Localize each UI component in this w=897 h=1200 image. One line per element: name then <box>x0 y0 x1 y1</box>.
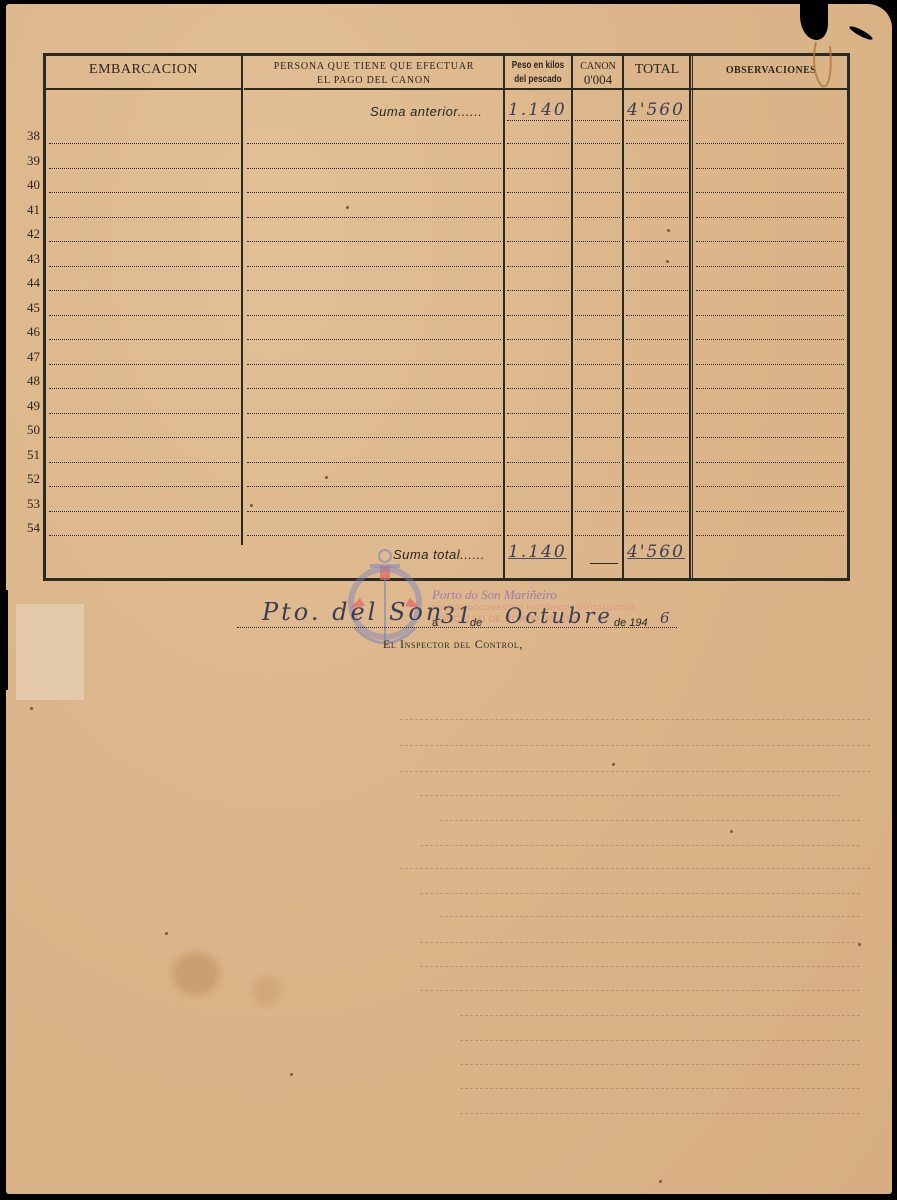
row-entry-line[interactable] <box>626 388 688 389</box>
row-entry-line[interactable] <box>247 339 501 340</box>
row-entry-line[interactable] <box>49 217 239 218</box>
row-entry-line[interactable] <box>696 388 844 389</box>
row-entry-line[interactable] <box>626 413 688 414</box>
header-canon-rate: 0'004 <box>573 73 623 86</box>
header-persona-line1: PERSONA QUE TIENE QUE EFECTUAR <box>244 60 504 74</box>
suma-anterior-total-line <box>626 120 688 121</box>
row-number: 44 <box>14 275 40 291</box>
row-entry-line[interactable] <box>507 486 569 487</box>
row-entry-line[interactable] <box>575 339 620 340</box>
row-entry-line[interactable] <box>696 437 844 438</box>
row-entry-line[interactable] <box>247 462 501 463</box>
row-entry-line[interactable] <box>507 290 569 291</box>
row-entry-line[interactable] <box>696 143 844 144</box>
row-entry-line[interactable] <box>575 486 620 487</box>
row-entry-line[interactable] <box>575 266 620 267</box>
row-number: 42 <box>14 226 40 242</box>
row-entry-line[interactable] <box>626 315 688 316</box>
row-entry-line[interactable] <box>696 192 844 193</box>
row-number: 51 <box>14 447 40 463</box>
row-entry-line[interactable] <box>247 143 501 144</box>
row-entry-line[interactable] <box>507 364 569 365</box>
date-day: 31 <box>441 604 473 629</box>
row-entry-line[interactable] <box>247 192 501 193</box>
row-entry-line[interactable] <box>575 168 620 169</box>
row-entry-line[interactable] <box>696 290 844 291</box>
header-bottom-border <box>244 88 847 90</box>
row-number: 39 <box>14 153 40 169</box>
row-entry-line[interactable] <box>696 315 844 316</box>
row-entry-line[interactable] <box>575 143 620 144</box>
col-divider-embarcacion <box>241 55 243 545</box>
row-entry-line[interactable] <box>507 217 569 218</box>
row-entry-line[interactable] <box>626 266 688 267</box>
row-number: 54 <box>14 520 40 536</box>
header-bottom-border <box>46 88 241 90</box>
row-entry-line[interactable] <box>247 364 501 365</box>
row-number: 38 <box>14 128 40 144</box>
suma-anterior-label: Suma anterior...... <box>370 104 482 119</box>
torn-edge-left <box>0 590 8 690</box>
row-entry-line[interactable] <box>626 486 688 487</box>
row-entry-line[interactable] <box>575 388 620 389</box>
row-entry-line[interactable] <box>626 168 688 169</box>
row-entry-line[interactable] <box>507 413 569 414</box>
row-entry-line[interactable] <box>626 511 688 512</box>
col-divider-total <box>689 55 691 580</box>
date-year-digit: 6 <box>660 609 672 627</box>
row-entry-line[interactable] <box>49 168 239 169</box>
row-entry-line[interactable] <box>575 535 620 536</box>
row-entry-line[interactable] <box>575 192 620 193</box>
header-peso: Peso en kilos del pescado <box>511 59 565 87</box>
row-entry-line[interactable] <box>575 290 620 291</box>
row-number: 45 <box>14 300 40 316</box>
pencil-mark <box>808 38 838 98</box>
row-entry-line[interactable] <box>696 486 844 487</box>
row-entry-line[interactable] <box>49 241 239 242</box>
suma-anterior-peso: 1.140 <box>508 100 567 120</box>
row-entry-line[interactable] <box>575 462 620 463</box>
header-canon: CANON 0'004 <box>573 60 623 86</box>
row-entry-line[interactable] <box>696 217 844 218</box>
row-number: 50 <box>14 422 40 438</box>
row-entry-line[interactable] <box>247 168 501 169</box>
row-number: 52 <box>14 471 40 487</box>
row-entry-line[interactable] <box>575 241 620 242</box>
table-left-border <box>43 55 46 580</box>
row-entry-line[interactable] <box>507 241 569 242</box>
row-entry-line[interactable] <box>696 462 844 463</box>
row-number: 41 <box>14 202 40 218</box>
row-entry-line[interactable] <box>49 364 239 365</box>
row-entry-line[interactable] <box>49 315 239 316</box>
row-entry-line[interactable] <box>247 241 501 242</box>
suma-anterior-peso-line <box>507 120 569 121</box>
row-number: 49 <box>14 398 40 414</box>
row-entry-line[interactable] <box>575 364 620 365</box>
row-entry-line[interactable] <box>247 413 501 414</box>
col-divider-persona <box>503 55 505 580</box>
row-entry-line[interactable] <box>626 241 688 242</box>
row-number: 47 <box>14 349 40 365</box>
row-entry-line[interactable] <box>247 535 501 536</box>
row-entry-line[interactable] <box>696 535 844 536</box>
stamp-title: Porto do Son Mariñeiro <box>432 587 557 603</box>
row-entry-line[interactable] <box>507 511 569 512</box>
suma-total-canon-dash <box>590 563 618 564</box>
row-entry-line[interactable] <box>626 437 688 438</box>
row-entry-line[interactable] <box>626 364 688 365</box>
row-entry-line[interactable] <box>507 535 569 536</box>
row-entry-line[interactable] <box>507 315 569 316</box>
date-a: a <box>432 617 438 629</box>
row-entry-line[interactable] <box>49 266 239 267</box>
table-bottom-border <box>43 578 850 581</box>
row-entry-line[interactable] <box>626 217 688 218</box>
row-entry-line[interactable] <box>626 462 688 463</box>
row-entry-line[interactable] <box>575 315 620 316</box>
row-entry-line[interactable] <box>575 511 620 512</box>
row-entry-line[interactable] <box>626 143 688 144</box>
row-entry-line[interactable] <box>247 486 501 487</box>
row-entry-line[interactable] <box>626 290 688 291</box>
header-persona-line2: EL PAGO DEL CANON <box>244 74 504 88</box>
row-entry-line[interactable] <box>575 437 620 438</box>
row-entry-line[interactable] <box>696 241 844 242</box>
row-entry-line[interactable] <box>247 315 501 316</box>
row-number: 40 <box>14 177 40 193</box>
suma-anterior-total: 4'560 <box>627 100 685 120</box>
row-number: 43 <box>14 251 40 267</box>
row-entry-line[interactable] <box>696 364 844 365</box>
row-entry-line[interactable] <box>626 535 688 536</box>
row-entry-line[interactable] <box>247 388 501 389</box>
table-top-border <box>43 53 850 56</box>
row-entry-line[interactable] <box>626 339 688 340</box>
row-entry-line[interactable] <box>696 413 844 414</box>
row-entry-line[interactable] <box>49 339 239 340</box>
row-entry-line[interactable] <box>507 388 569 389</box>
row-entry-line[interactable] <box>49 437 239 438</box>
row-entry-line[interactable] <box>507 266 569 267</box>
row-entry-line[interactable] <box>507 143 569 144</box>
date-month: Octubre <box>505 604 613 628</box>
row-entry-line[interactable] <box>507 339 569 340</box>
row-entry-line[interactable] <box>507 192 569 193</box>
col-divider-total-2 <box>692 55 693 580</box>
header-peso-line1: Peso en kilos <box>511 59 565 73</box>
date-place: Pto. del Son <box>262 598 444 626</box>
date-de: de <box>470 617 482 629</box>
signer-title: El Inspector del Control, <box>383 637 523 652</box>
row-entry-line[interactable] <box>49 535 239 536</box>
row-entry-line[interactable] <box>247 217 501 218</box>
row-entry-line[interactable] <box>49 486 239 487</box>
table-right-border <box>847 55 850 580</box>
row-entry-line[interactable] <box>626 192 688 193</box>
paper-patch <box>16 604 84 700</box>
row-number: 53 <box>14 496 40 512</box>
row-entry-line[interactable] <box>696 168 844 169</box>
row-entry-line[interactable] <box>49 462 239 463</box>
row-entry-line[interactable] <box>49 413 239 414</box>
header-total: TOTAL <box>624 62 690 78</box>
row-entry-line[interactable] <box>696 266 844 267</box>
row-entry-line[interactable] <box>507 462 569 463</box>
row-entry-line[interactable] <box>507 437 569 438</box>
header-embarcacion: EMBARCACION <box>45 62 242 78</box>
row-number: 48 <box>14 373 40 389</box>
row-entry-line[interactable] <box>247 437 501 438</box>
suma-total-peso: 1.140 <box>508 542 567 562</box>
date-de-year: de 194 <box>614 617 648 629</box>
row-entry-line[interactable] <box>49 143 239 144</box>
row-entry-line[interactable] <box>247 511 501 512</box>
row-entry-line[interactable] <box>49 290 239 291</box>
row-entry-line[interactable] <box>575 217 620 218</box>
row-entry-line[interactable] <box>696 339 844 340</box>
stain <box>172 952 220 996</box>
suma-total-total: 4'560 <box>627 542 685 562</box>
row-entry-line[interactable] <box>49 388 239 389</box>
row-entry-line[interactable] <box>247 266 501 267</box>
row-entry-line[interactable] <box>49 511 239 512</box>
row-entry-line[interactable] <box>507 168 569 169</box>
row-entry-line[interactable] <box>575 413 620 414</box>
row-entry-line[interactable] <box>247 290 501 291</box>
col-divider-peso <box>571 55 573 580</box>
row-number: 46 <box>14 324 40 340</box>
stain <box>252 976 282 1006</box>
suma-anterior-canon-line <box>575 120 620 121</box>
row-entry-line[interactable] <box>696 511 844 512</box>
header-peso-line2: del pescado <box>511 73 565 87</box>
header-persona: PERSONA QUE TIENE QUE EFECTUAR EL PAGO D… <box>244 60 504 88</box>
row-entry-line[interactable] <box>49 192 239 193</box>
col-divider-canon <box>622 55 624 580</box>
